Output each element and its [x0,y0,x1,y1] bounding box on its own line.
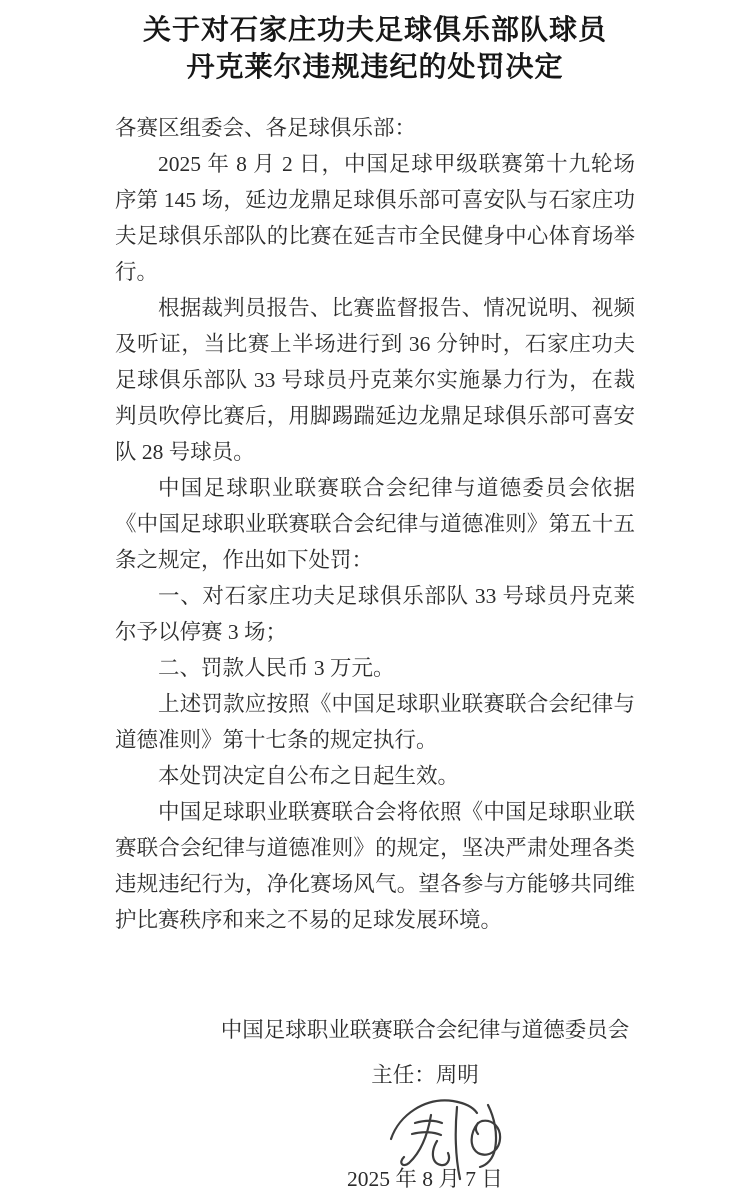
document-title-line1: 关于对石家庄功夫足球俱乐部队球员 [143,15,607,46]
document-page: 关于对石家庄功夫足球俱乐部队球员 丹克莱尔违规违纪的处罚决定 各赛区组委会、各足… [0,0,750,1195]
paragraph-effective-date: 本处罚决定自公布之日起生效。 [115,758,635,794]
document-title: 关于对石家庄功夫足球俱乐部队球员 丹克莱尔违规违纪的处罚决定 [0,0,750,86]
paragraph-concluding-statement: 中国足球职业联赛联合会将依照《中国足球职业联赛联合会纪律与道德准则》的规定，坚决… [115,794,635,938]
document-body: 各赛区组委会、各足球俱乐部： 2025 年 8 月 2 日，中国足球甲级联赛第十… [115,110,635,938]
paragraph-penalty-2: 二、罚款人民币 3 万元。 [115,650,635,686]
paragraph-penalty-1: 一、对石家庄功夫足球俱乐部队 33 号球员丹克莱尔予以停赛 3 场； [115,578,635,650]
signer-line: 主任：周明 [100,1057,750,1093]
paragraph-match-info: 2025 年 8 月 2 日，中国足球甲级联赛第十九轮场序第 145 场，延边龙… [115,146,635,290]
closing-block: 中国足球职业联赛联合会纪律与道德委员会 主任：周明 2025 年 8 月 7 日 [100,1012,750,1195]
paragraph-fine-execution: 上述罚款应按照《中国足球职业联赛联合会纪律与道德准则》第十七条的规定执行。 [115,686,635,758]
salutation: 各赛区组委会、各足球俱乐部： [115,110,635,146]
zhou-ming-handwritten-signature-icon [381,1089,513,1181]
paragraph-violation-facts: 根据裁判员报告、比赛监督报告、情况说明、视频及听证，当比赛上半场进行到 36 分… [115,290,635,470]
committee-name: 中国足球职业联赛联合会纪律与道德委员会 [100,1012,750,1048]
document-title-line2: 丹克莱尔违规违纪的处罚决定 [186,52,563,83]
paragraph-legal-basis: 中国足球职业联赛联合会纪律与道德委员会依据《中国足球职业联赛联合会纪律与道德准则… [115,470,635,578]
